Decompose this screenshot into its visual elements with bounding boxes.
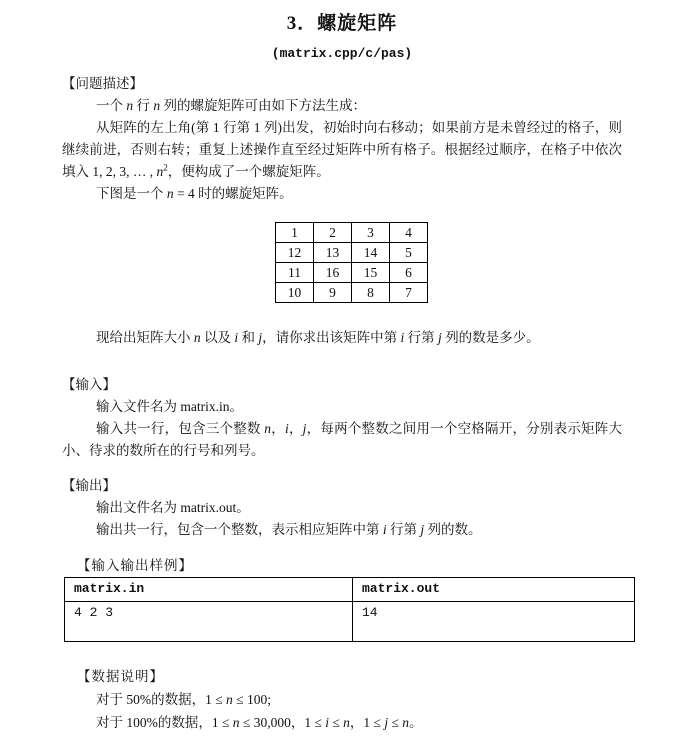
problem-paragraph-1: 一个 n 行 n 列的螺旋矩阵可由如下方法生成：	[62, 95, 622, 117]
math-variable: n	[264, 421, 271, 436]
text-segment: 一个	[96, 98, 126, 113]
matrix-cell: 7	[390, 283, 428, 303]
text-segment: 行	[133, 98, 153, 113]
matrix-cell: 16	[314, 263, 352, 283]
sample-io-table: matrix.in matrix.out 4 2 3 14	[64, 577, 635, 642]
matrix-cell: 8	[352, 283, 390, 303]
text-segment: 对于 100%的数据，1 ≤	[96, 715, 233, 730]
text-segment: 输入共一行，包含三个整数	[96, 421, 264, 436]
matrix-row: 11 16 15 6	[276, 263, 428, 283]
text-segment: 和	[238, 330, 258, 345]
matrix-cell: 14	[352, 243, 390, 263]
section-samples: 【输入输出样例】 matrix.in matrix.out 4 2 3 14	[62, 555, 622, 642]
input-paragraph-1: 输入文件名为 matrix.in。	[62, 396, 622, 418]
text-segment: 输出共一行，包含一个整数，表示相应矩阵中第	[96, 522, 383, 537]
problem-paragraph-4: 现给出矩阵大小 n 以及 i 和 j，请你求出该矩阵中第 i 行第 j 列的数是…	[62, 327, 622, 349]
matrix-cell: 4	[390, 223, 428, 243]
matrix-cell: 11	[276, 263, 314, 283]
matrix-row: 10 9 8 7	[276, 283, 428, 303]
text-segment: ≤	[388, 715, 402, 730]
text-segment: 列的数是多少。	[442, 330, 540, 345]
text-segment: 以及	[201, 330, 235, 345]
text-segment: ，1 ≤	[350, 715, 384, 730]
matrix-cell: 1	[276, 223, 314, 243]
text-segment: 对于 50%的数据，1 ≤	[96, 692, 226, 707]
sample-output-filename: matrix.out	[353, 578, 635, 602]
text-segment: ，	[289, 421, 303, 436]
text-segment: 。	[409, 715, 423, 730]
text-segment: ≤	[329, 715, 343, 730]
matrix-cell: 9	[314, 283, 352, 303]
file-names-subtitle: (matrix.cpp/c/pas)	[62, 46, 622, 61]
matrix-cell: 15	[352, 263, 390, 283]
matrix-cell: 5	[390, 243, 428, 263]
data-note-paragraph-2: 对于 100%的数据，1 ≤ n ≤ 30,000，1 ≤ i ≤ n，1 ≤ …	[62, 711, 622, 734]
matrix-cell: 13	[314, 243, 352, 263]
matrix-row: 1 2 3 4	[276, 223, 428, 243]
math-variable: n	[167, 186, 174, 201]
text-segment: ，请你求出该矩阵中第	[262, 330, 400, 345]
sample-header-row: matrix.in matrix.out	[65, 578, 635, 602]
output-paragraph-2: 输出共一行，包含一个整数，表示相应矩阵中第 i 行第 j 列的数。	[62, 519, 622, 541]
output-paragraph-1: 输出文件名为 matrix.out。	[62, 497, 622, 519]
text-segment: ，便构成了一个螺旋矩阵。	[168, 164, 330, 179]
math-variable: n	[233, 715, 240, 730]
section-problem: 【问题描述】 一个 n 行 n 列的螺旋矩阵可由如下方法生成： 从矩阵的左上角(…	[62, 73, 622, 349]
problem-paragraph-2: 从矩阵的左上角(第 1 行第 1 列)出发，初始时向右移动；如果前方是未曾经过的…	[62, 117, 622, 183]
text-segment: 列的数。	[424, 522, 481, 537]
problem-paragraph-3: 下图是一个 n = 4 时的螺旋矩阵。	[62, 183, 622, 205]
text-segment: 从矩阵的左上角(第 1 行第 1 列)出发，初始时向右移动；如果前方是未曾经过的…	[62, 120, 622, 179]
spiral-matrix-table: 1 2 3 4 12 13 14 5 11 16 15 6	[275, 222, 428, 303]
matrix-cell: 2	[314, 223, 352, 243]
samples-heading: 【输入输出样例】	[77, 555, 622, 577]
text-segment: 列的螺旋矩阵可由如下方法生成：	[160, 98, 366, 113]
math-variable: n	[343, 715, 350, 730]
text-segment: ≤ 100;	[233, 692, 271, 707]
math-variable: n	[194, 330, 201, 345]
text-segment: 行第	[404, 330, 438, 345]
document-page: 3．螺旋矩阵 (matrix.cpp/c/pas) 【问题描述】 一个 n 行 …	[0, 0, 682, 738]
matrix-cell: 6	[390, 263, 428, 283]
text-segment: 现给出矩阵大小	[96, 330, 194, 345]
matrix-row: 12 13 14 5	[276, 243, 428, 263]
page-title: 3．螺旋矩阵	[62, 13, 622, 35]
problem-heading: 【问题描述】	[62, 73, 622, 95]
sample-input-value: 4 2 3	[65, 602, 353, 642]
section-output: 【输出】 输出文件名为 matrix.out。 输出共一行，包含一个整数，表示相…	[62, 475, 622, 541]
section-input: 【输入】 输入文件名为 matrix.in。 输入共一行，包含三个整数 n，i，…	[62, 374, 622, 462]
input-heading: 【输入】	[62, 374, 622, 396]
matrix-cell: 3	[352, 223, 390, 243]
text-segment: = 4 时的螺旋矩阵。	[174, 186, 293, 201]
output-heading: 【输出】	[62, 475, 622, 497]
text-segment: ，	[271, 421, 285, 436]
text-segment: 输出文件名为 matrix.out。	[96, 500, 250, 515]
sample-data-row: 4 2 3 14	[65, 602, 635, 642]
text-segment: ≤ 30,000，1 ≤	[240, 715, 326, 730]
text-segment: 下图是一个	[96, 186, 167, 201]
sample-input-filename: matrix.in	[65, 578, 353, 602]
input-paragraph-2: 输入共一行，包含三个整数 n，i，j，每两个整数之间用一个空格隔开，分别表示矩阵…	[62, 418, 622, 462]
sample-output-value: 14	[353, 602, 635, 642]
matrix-cell: 12	[276, 243, 314, 263]
matrix-cell: 10	[276, 283, 314, 303]
data-note-paragraph-1: 对于 50%的数据，1 ≤ n ≤ 100;	[62, 688, 622, 711]
text-segment: 输入文件名为 matrix.in。	[96, 399, 243, 414]
text-segment: 行第	[387, 522, 421, 537]
math-variable: n	[226, 692, 233, 707]
data-note-heading: 【数据说明】	[77, 666, 622, 688]
section-data-note: 【数据说明】 对于 50%的数据，1 ≤ n ≤ 100; 对于 100%的数据…	[62, 666, 622, 734]
